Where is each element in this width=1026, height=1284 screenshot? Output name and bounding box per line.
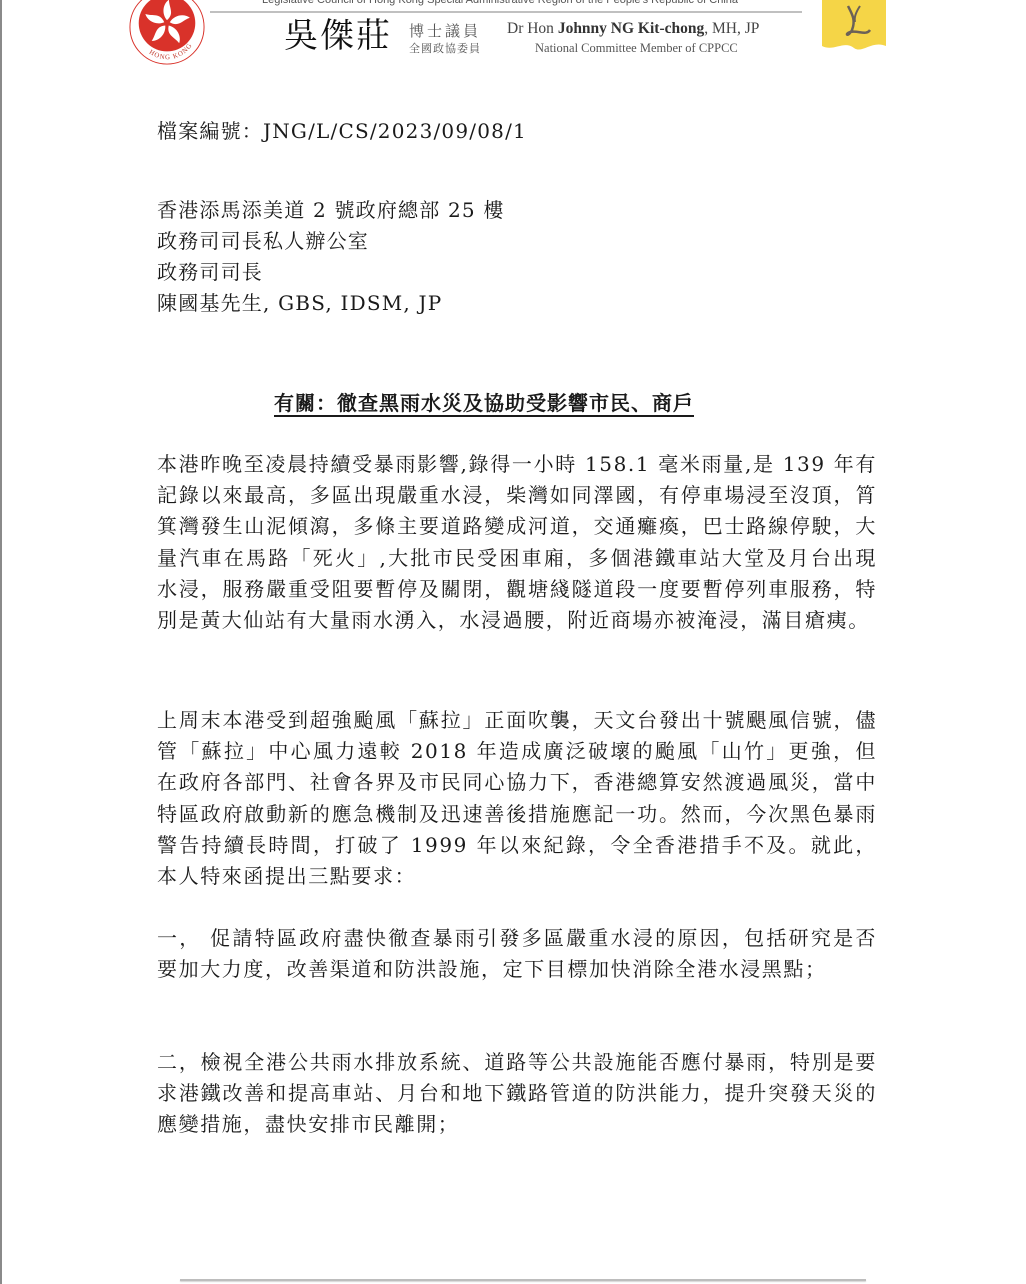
council-line: Legislative Council of Hong Kong Special… bbox=[262, 0, 802, 6]
header-divider bbox=[210, 11, 802, 13]
member-cppcc-en: National Committee Member of CPPCC bbox=[535, 41, 738, 56]
address-line: 陳國基先生, GBS, IDSM, JP bbox=[157, 288, 505, 319]
body-paragraph: 本港昨晚至凌晨持續受暴雨影響,錄得一小時 158.1 毫米雨量,是 139 年有… bbox=[157, 449, 877, 636]
name-en-suffix: , MH, JP bbox=[704, 20, 759, 37]
address-line: 政務司司長私人辦公室 bbox=[157, 226, 505, 257]
member-name-en: Dr Hon Johnny NG Kit-chong, MH, JP bbox=[507, 20, 759, 38]
member-title-zh: 博士議員 bbox=[409, 20, 481, 41]
page-left-edge bbox=[0, 0, 2, 1284]
member-name-zh: 吳傑莊 bbox=[284, 16, 392, 56]
hong-kong-emblem-icon: HONG KONG bbox=[128, 0, 206, 66]
member-cppcc-zh: 全國政協委員 bbox=[409, 40, 481, 56]
name-en-prefix: Dr Hon bbox=[507, 20, 558, 37]
address-line: 香港添馬添美道 2 號政府總部 25 樓 bbox=[157, 195, 505, 226]
recipient-address: 香港添馬添美道 2 號政府總部 25 樓 政務司司長私人辦公室 政務司司長 陳國… bbox=[157, 195, 505, 319]
request-item-2: 二，檢視全港公共雨水排放系統、道路等公共設施能否應付暴雨，特別是要求港鐵改善和提… bbox=[157, 1047, 877, 1141]
monogram-badge-icon bbox=[822, 0, 886, 52]
file-reference: 檔案編號：JNG/L/CS/2023/09/08/1 bbox=[157, 116, 527, 147]
address-line: 政務司司長 bbox=[157, 257, 505, 288]
page-bottom-edge bbox=[180, 1279, 866, 1281]
body-paragraph: 上周末本港受到超強颱風「蘇拉」正面吹襲，天文台發出十號颶風信號，儘管「蘇拉」中心… bbox=[157, 705, 877, 892]
request-item-1: 一， 促請特區政府盡快徹查暴雨引發多區嚴重水浸的原因，包括研究是否要加大力度，改… bbox=[157, 923, 877, 985]
subject-heading: 有關：徹查黑雨水災及協助受影響市民、商戶 bbox=[274, 387, 694, 416]
name-en-main: Johnny NG Kit-chong bbox=[558, 20, 704, 37]
